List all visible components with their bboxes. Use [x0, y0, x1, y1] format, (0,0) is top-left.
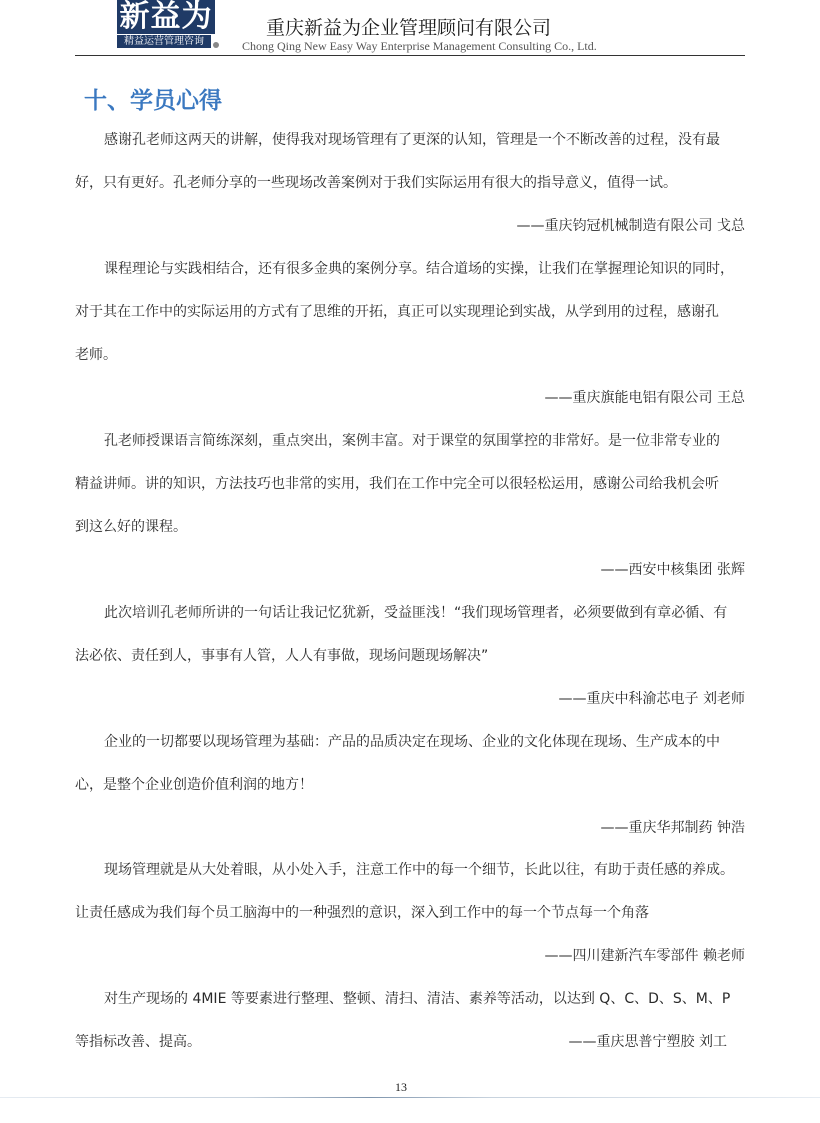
logo-dot-icon	[213, 42, 219, 48]
paragraph-line: 让责任感成为我们每个员工脑海中的一种强烈的意识，深入到工作中的每一个节点每一个角…	[75, 903, 649, 923]
footer-divider	[0, 1097, 820, 1098]
testimonial-2-attribution: ——重庆旗能电铝有限公司 王总	[545, 388, 745, 408]
paragraph-line: 课程理论与实践相结合，还有很多金典的案例分享。结合道场的实操，让我们在掌握理论知…	[104, 259, 734, 279]
page-number: 13	[0, 1080, 802, 1095]
paragraph-line: 对于其在工作中的实际运用的方式有了思维的开拓，真正可以实现理论到实战，从学到用的…	[75, 302, 719, 322]
company-name-en: Chong Qing New Easy Way Enterprise Manag…	[242, 39, 597, 54]
page-header: 新益为 精益运营管理咨询 重庆新益为企业管理顾问有限公司 Chong Qing …	[0, 0, 820, 56]
paragraph-line: 好，只有更好。孔老师分享的一些现场改善案例对于我们实际运用有很大的指导意义，值得…	[75, 173, 677, 193]
testimonial-3-attribution: ——西安中核集团 张辉	[601, 560, 745, 580]
testimonial-7-attribution: ——重庆思普宁塑胶 刘工	[569, 1032, 727, 1052]
paragraph-line: 孔老师授课语言简练深刻，重点突出，案例丰富。对于课堂的氛围掌控的非常好。是一位非…	[104, 431, 720, 451]
paragraph-line: 现场管理就是从大处着眼，从小处入手，注意工作中的每一个细节，长此以往，有助于责任…	[104, 860, 734, 880]
testimonial-1-attribution: ——重庆钧冠机械制造有限公司 戈总	[517, 216, 745, 236]
paragraph-line: 企业的一切都要以现场管理为基础：产品的品质决定在现场、企业的文化体现在现场、生产…	[104, 732, 720, 752]
testimonial-4-attribution: ——重庆中科渝芯电子 刘老师	[559, 689, 745, 709]
paragraph-line: 法必依、责任到人，事事有人管，人人有事做，现场问题现场解决”	[75, 646, 488, 666]
company-name-cn: 重庆新益为企业管理顾问有限公司	[266, 13, 551, 40]
paragraph-line: 到这么好的课程。	[75, 517, 187, 537]
testimonial-6-attribution: ——四川建新汽车零部件 赖老师	[545, 946, 745, 966]
header-divider	[75, 55, 745, 56]
paragraph-line: 等指标改善、提高。	[75, 1032, 201, 1052]
paragraph-line: 此次培训孔老师所讲的一句话让我记忆犹新，受益匪浅！“我们现场管理者，必须要做到有…	[104, 603, 727, 623]
testimonial-5-attribution: ——重庆华邦制药 钟浩	[601, 818, 745, 838]
logo-main-text: 新益为	[117, 0, 215, 34]
section-title: 十、学员心得	[84, 82, 222, 115]
paragraph-line: 精益讲师。讲的知识，方法技巧也非常的实用，我们在工作中完全可以很轻松运用，感谢公…	[75, 474, 719, 494]
paragraph-line: 心，是整个企业创造价值利润的地方！	[75, 775, 313, 795]
logo-sub-text: 精益运营管理咨询	[117, 35, 211, 48]
paragraph-line: 老师。	[75, 345, 117, 365]
company-logo: 新益为 精益运营管理咨询	[117, 0, 215, 50]
paragraph-line: 对生产现场的 4MIE 等要素进行整理、整顿、清扫、清洁、素养等活动，以达到 Q…	[104, 989, 730, 1009]
paragraph-line: 感谢孔老师这两天的讲解，使得我对现场管理有了更深的认知，管理是一个不断改善的过程…	[104, 130, 720, 150]
